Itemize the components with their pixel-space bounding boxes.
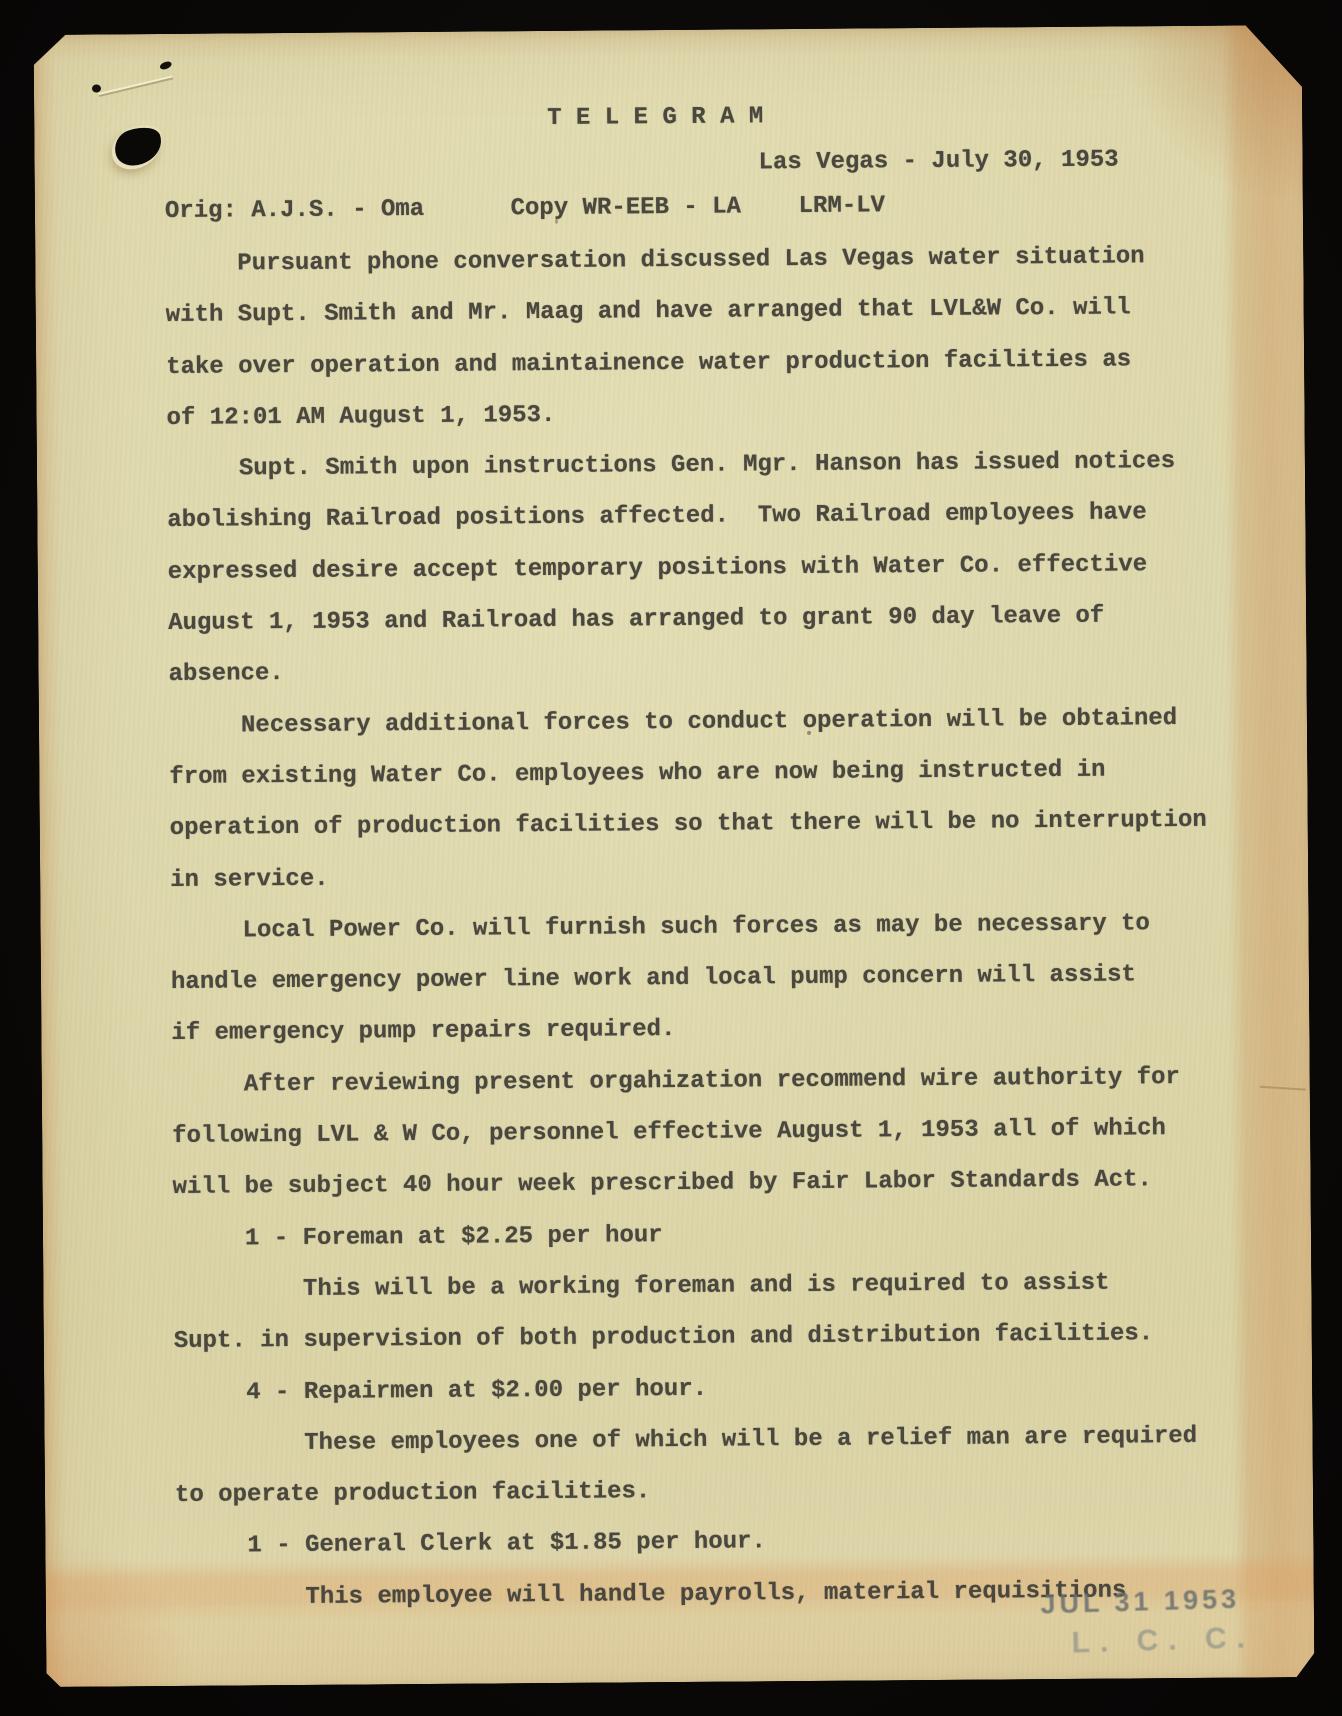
body-line: take over operation and maintainence wat… bbox=[166, 344, 1203, 403]
body-line: This will be a working foreman and is re… bbox=[173, 1268, 1210, 1327]
stamp-initials: L. C. C. bbox=[1071, 1621, 1255, 1660]
body-text: Pursuant phone conversation discussed La… bbox=[165, 242, 1213, 1635]
body-line: operation of production facilities so th… bbox=[170, 806, 1207, 865]
telegram-paper: T E L E G R A M Las Vegas - July 30, 195… bbox=[34, 25, 1315, 1687]
routing-line: Orig: A.J.S. - Oma Copy WR-EEB - LA LRM-… bbox=[165, 192, 885, 225]
document-title: T E L E G R A M bbox=[547, 103, 763, 132]
body-line: After reviewing present orgahization rec… bbox=[172, 1063, 1209, 1122]
body-line: Supt. Smith upon instructions Gen. Mgr. … bbox=[167, 447, 1204, 506]
body-line: following LVL & W Co, personnel effectiv… bbox=[172, 1114, 1209, 1173]
body-line: 1 - General Clerk at $1.85 per hour. bbox=[175, 1524, 1212, 1583]
dateline: Las Vegas - July 30, 1953 bbox=[758, 146, 1118, 176]
body-line: 1 - Foreman at $2.25 per hour bbox=[173, 1216, 1210, 1275]
telegram-content: T E L E G R A M Las Vegas - July 30, 195… bbox=[34, 25, 1315, 1687]
body-line: Local Power Co. will furnish such forces… bbox=[170, 909, 1207, 968]
stamp-date: JUL 31 1953 bbox=[1040, 1583, 1254, 1620]
body-line: Necessary additional forces to conduct o… bbox=[169, 703, 1206, 762]
body-line: if emergency pump repairs required. bbox=[171, 1011, 1208, 1070]
body-line: August 1, 1953 and Railroad has arranged… bbox=[168, 601, 1205, 660]
body-line: in service. bbox=[170, 857, 1207, 916]
body-line: from existing Water Co. employees who ar… bbox=[169, 755, 1206, 814]
body-line: absence. bbox=[168, 652, 1205, 711]
body-line: will be subject 40 hour week prescribed … bbox=[172, 1165, 1209, 1224]
body-line: These employees one of which will be a r… bbox=[174, 1422, 1211, 1481]
body-line: of 12:01 AM August 1, 1953. bbox=[166, 396, 1203, 455]
received-stamp: JUL 31 1953 L. C. C. bbox=[1040, 1583, 1255, 1661]
body-line: Pursuant phone conversation discussed La… bbox=[165, 242, 1202, 301]
body-line: to operate production facilities. bbox=[175, 1473, 1212, 1532]
body-line: abolishing Railroad positions affected. … bbox=[167, 498, 1204, 557]
body-line: 4 - Repairmen at $2.00 per hour. bbox=[174, 1370, 1211, 1429]
body-line: with Supt. Smith and Mr. Maag and have a… bbox=[166, 293, 1203, 352]
body-line: expressed desire accept temporary positi… bbox=[168, 550, 1205, 609]
body-line: Supt. in supervision of both production … bbox=[174, 1319, 1211, 1378]
scan-background: T E L E G R A M Las Vegas - July 30, 195… bbox=[0, 0, 1342, 1716]
body-line: handle emergency power line work and loc… bbox=[171, 960, 1208, 1019]
